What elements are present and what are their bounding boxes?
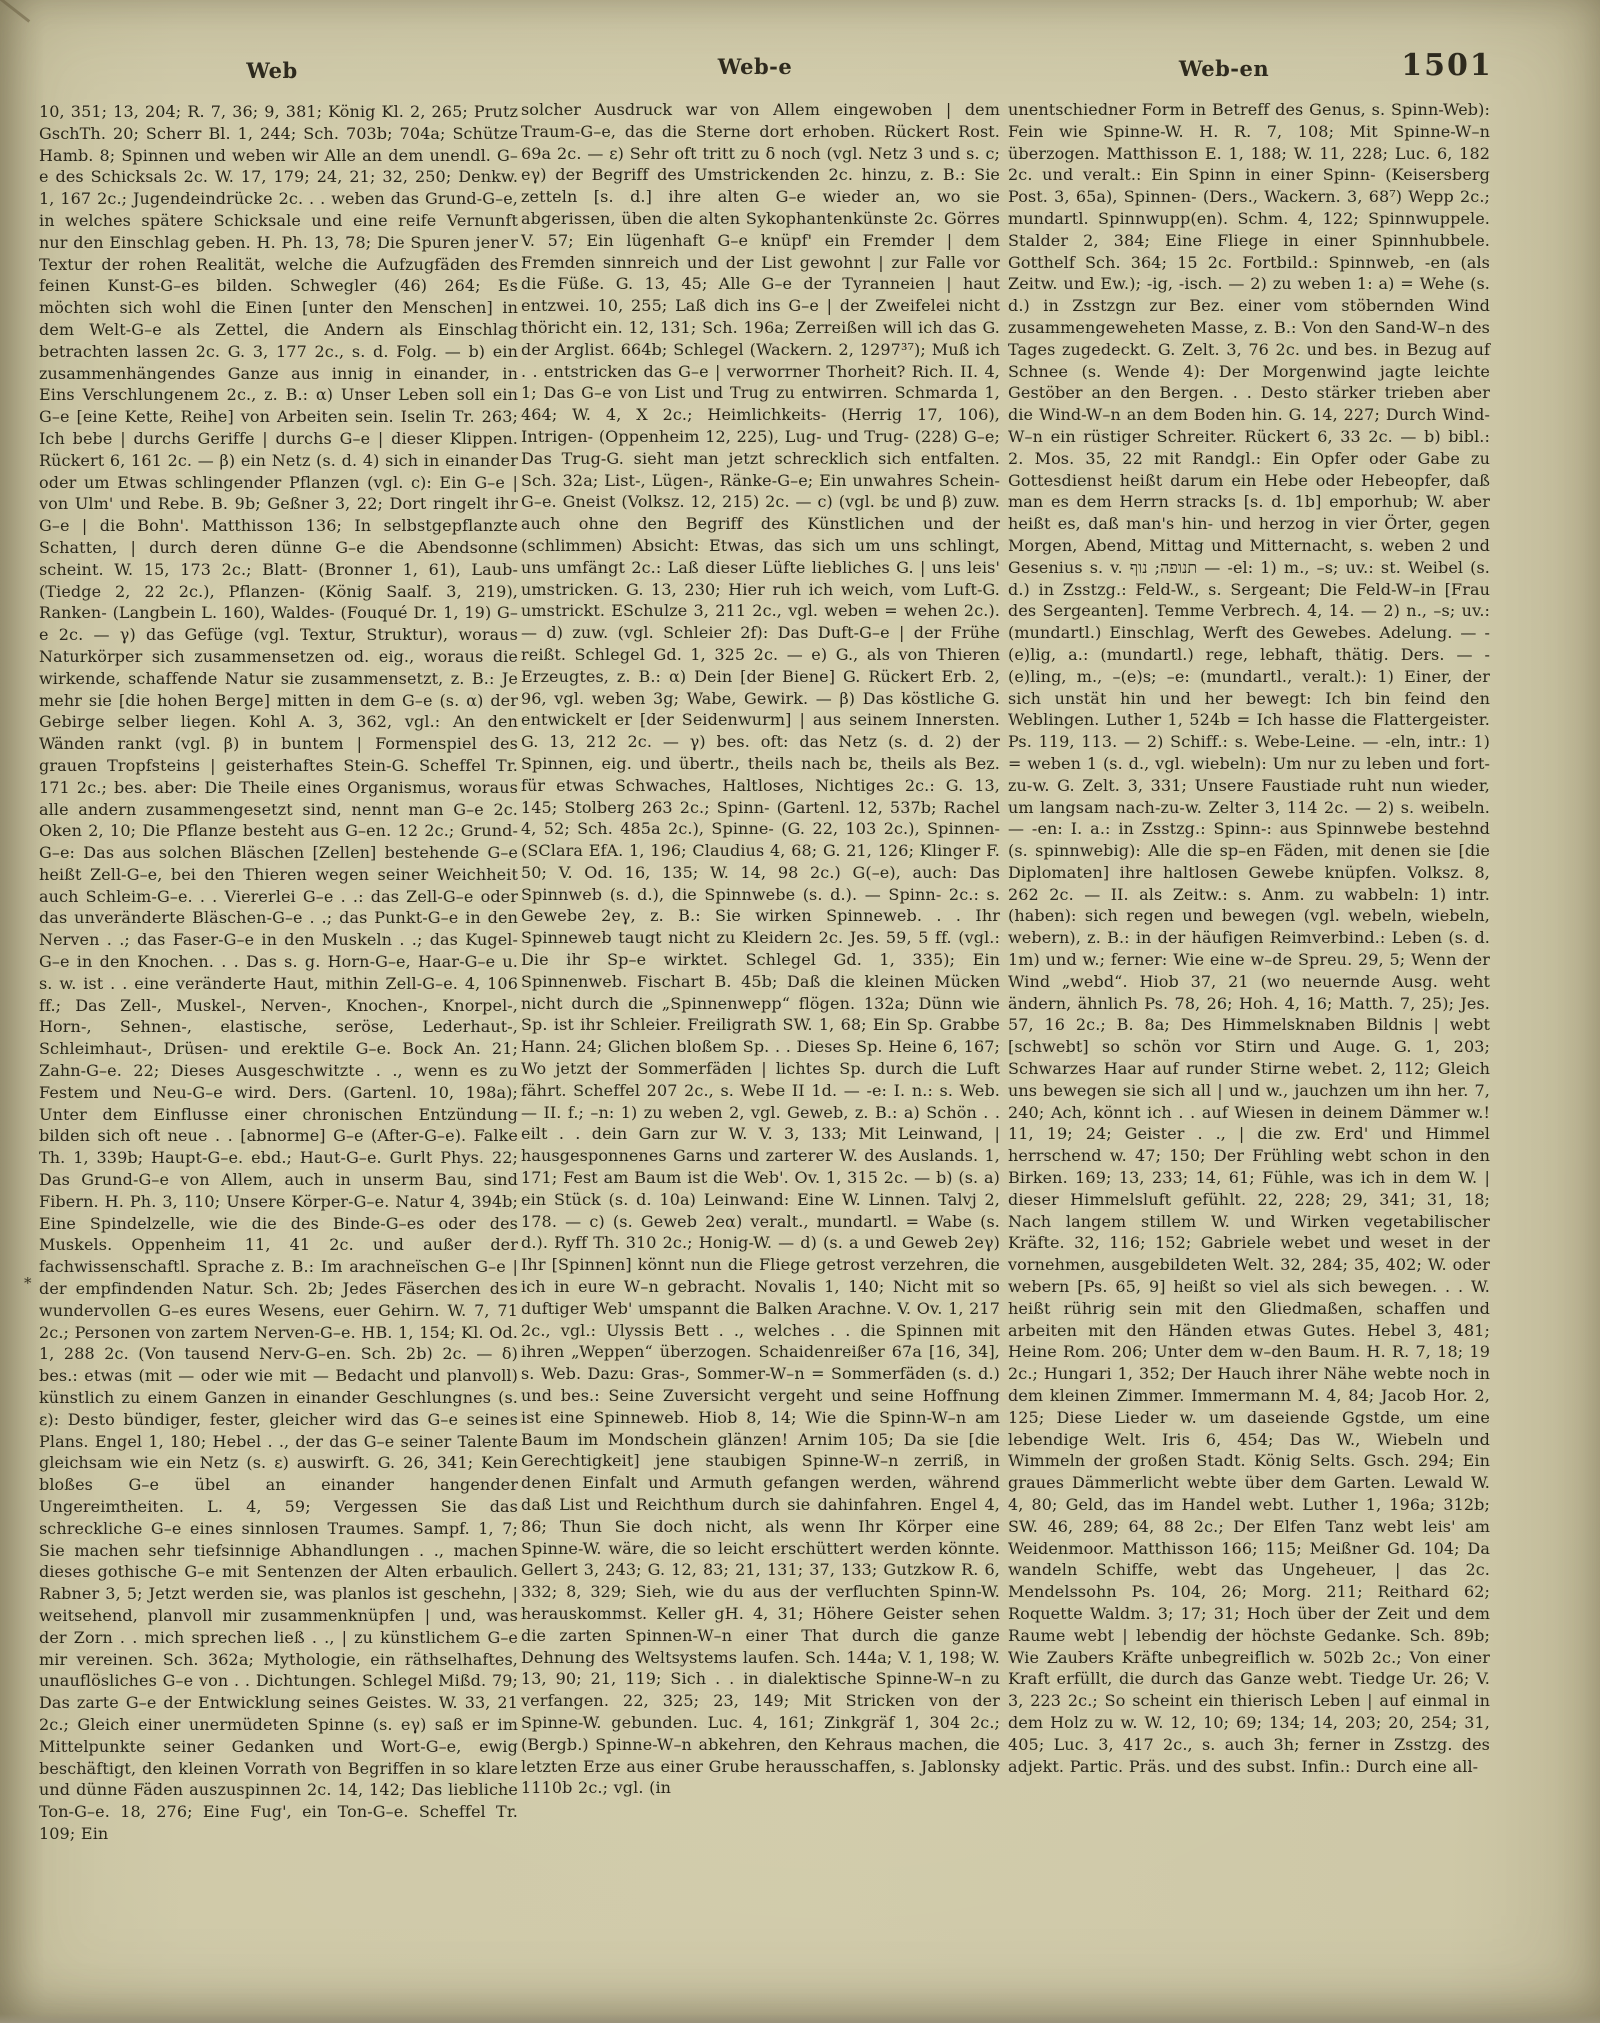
dictionary-column-2: solcher Ausdruck war von Allem eingewobe…: [521, 99, 1000, 1799]
scanned-dictionary-page: Web Web-e Web-en 1501 * 10, 351; 13, 204…: [0, 0, 1600, 2023]
column-heading-web-e: Web-e: [718, 54, 793, 79]
column-heading-web: Web: [246, 58, 297, 83]
running-head: Web Web-e Web-en 1501: [0, 52, 1600, 86]
dictionary-column-3: unentschiedner Form in Betreff des Genus…: [1008, 99, 1490, 1777]
page-number: 1501: [1401, 48, 1493, 83]
dictionary-column-1: 10, 351; 13, 204; R. 7, 36; 9, 381; Köni…: [39, 101, 518, 1845]
column-heading-web-en: Web-en: [1179, 56, 1269, 81]
page-corner-crease: [0, 0, 30, 23]
margin-asterisk: *: [24, 1274, 32, 1292]
